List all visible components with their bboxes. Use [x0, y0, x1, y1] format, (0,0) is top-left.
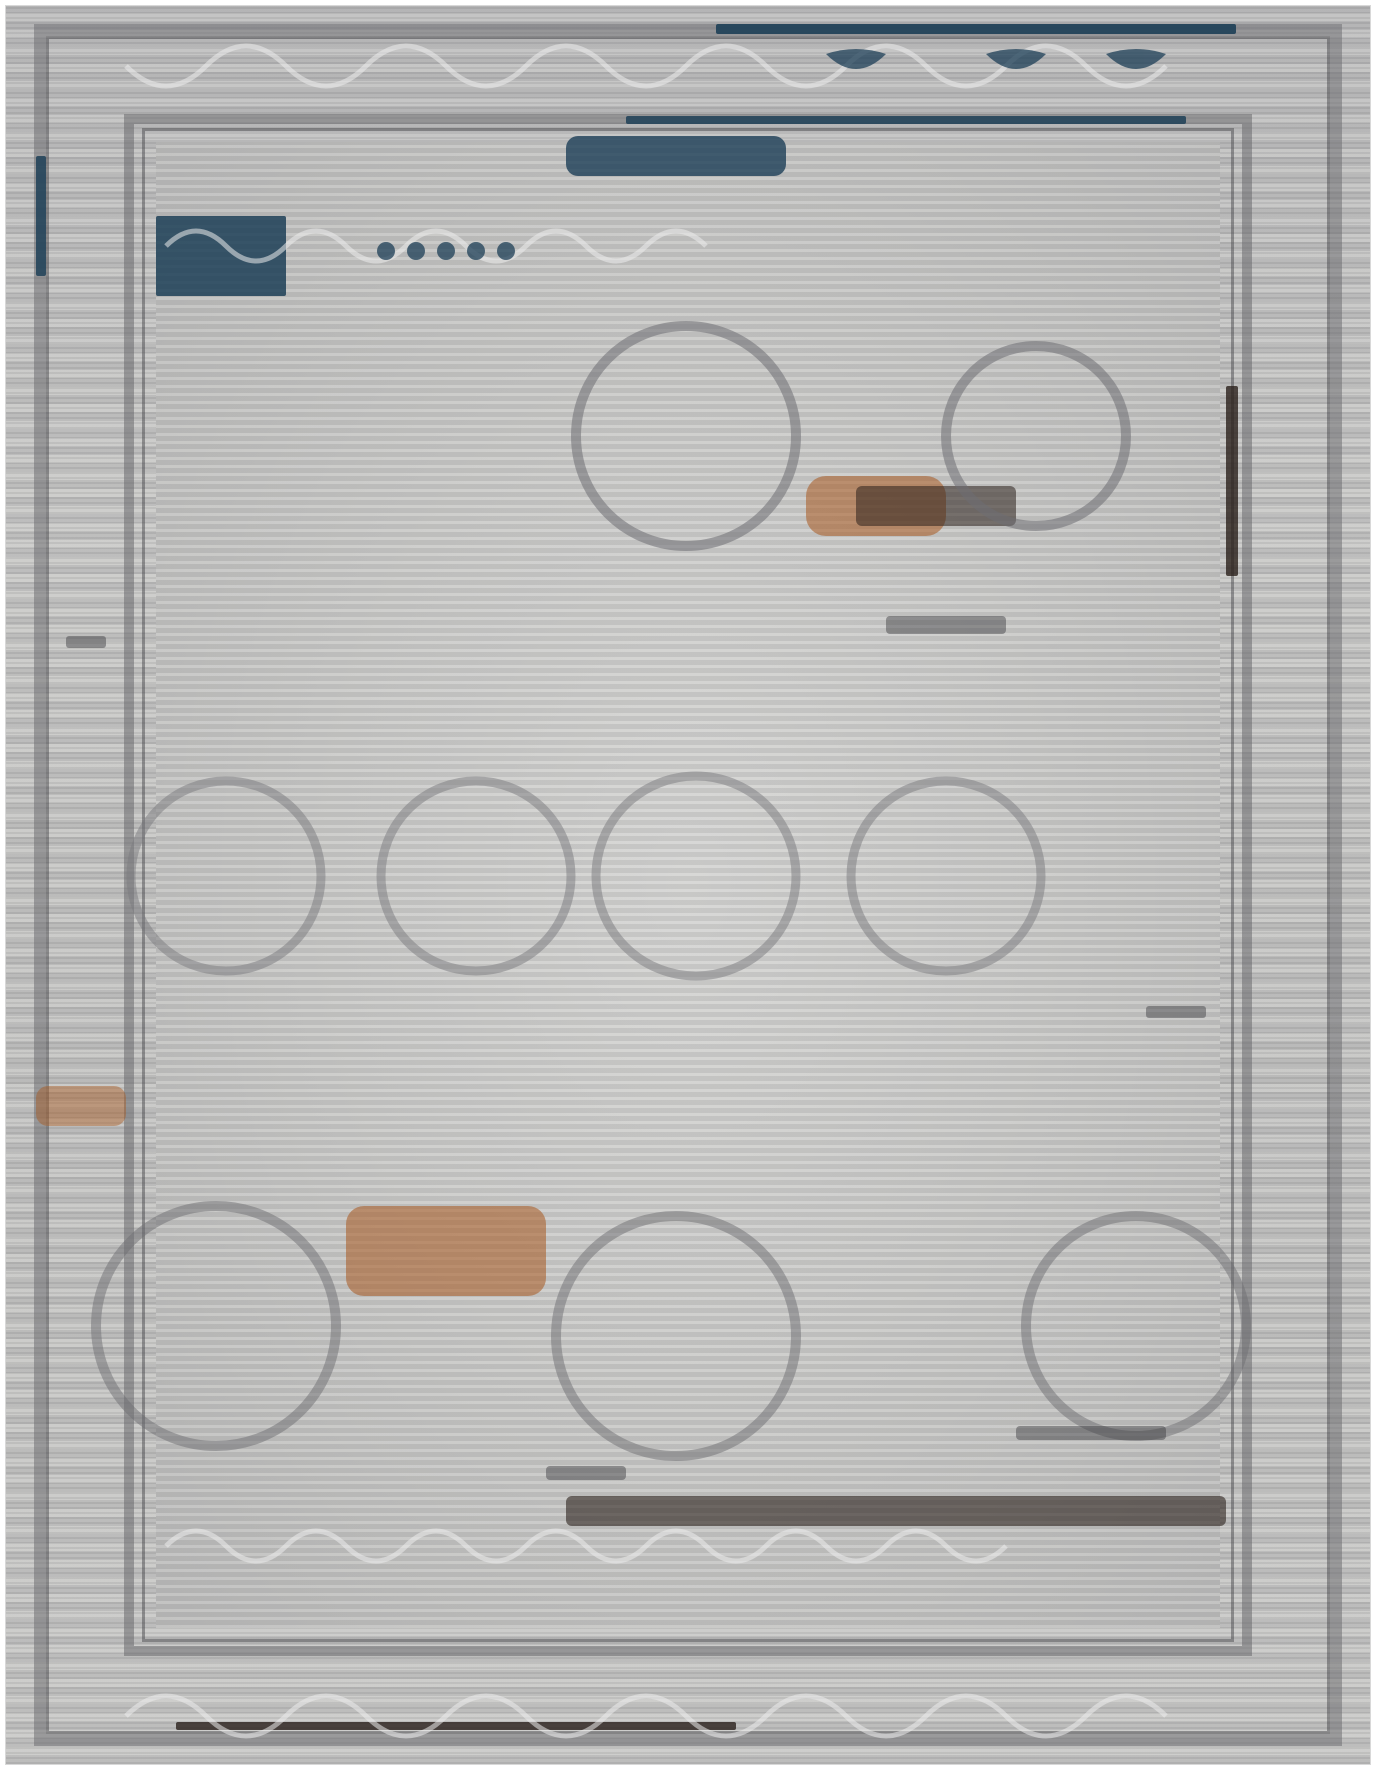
- medallion-row-middle: [131, 776, 1041, 976]
- medallion-row-lower: [96, 1206, 1246, 1456]
- distressed-spots: [66, 616, 1206, 1480]
- scroll-ornaments: [126, 46, 1166, 1736]
- rug: [6, 6, 1370, 1764]
- rug-motif-layer: [6, 6, 1376, 1770]
- navy-scallops: [377, 49, 1166, 260]
- medallion-row-upper: [576, 326, 1126, 546]
